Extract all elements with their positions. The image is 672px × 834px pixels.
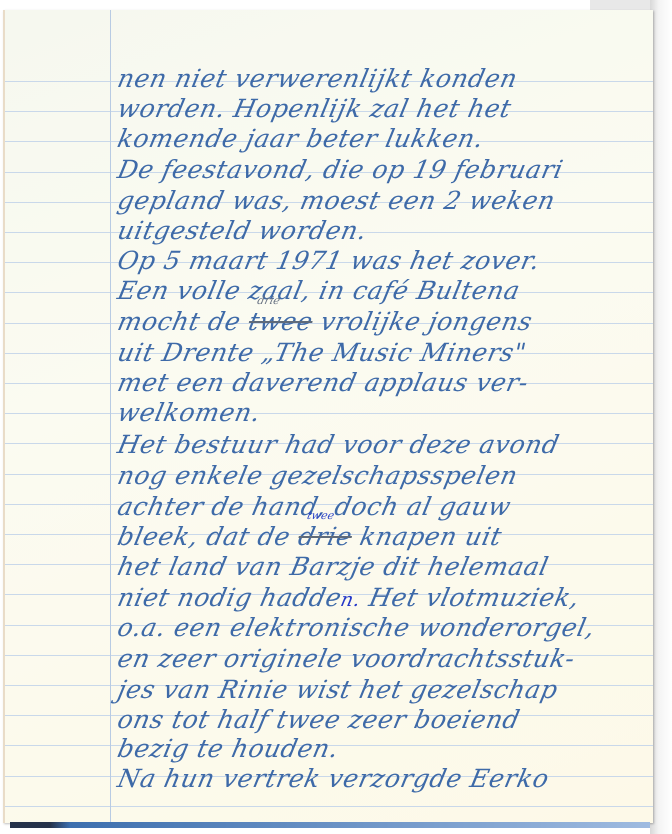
text-line: bezig te houden. xyxy=(115,734,342,763)
text-fragment: mocht de xyxy=(115,307,252,336)
scan-background-edge xyxy=(650,0,672,834)
correction-annotation: twee xyxy=(306,509,336,522)
correction-annotation: drie xyxy=(256,294,281,307)
text-line: en zeer originele voordrachtsstuk- xyxy=(115,644,578,673)
page-bottom-edge xyxy=(10,822,650,828)
text-line: met een daverend applaus ver- xyxy=(115,368,531,397)
text-line: nen niet verwerenlijkt konden xyxy=(115,64,520,93)
text-line: worden. Hopenlijk zal het het xyxy=(115,94,514,123)
text-fragment: vrolijke jongens xyxy=(309,307,535,336)
ruled-line xyxy=(5,413,653,414)
text-fragment: Het vlotmuziek, xyxy=(358,583,582,612)
text-line: jes van Rinie wist het gezelschap xyxy=(115,675,561,704)
text-line: Het bestuur had voor deze avond xyxy=(115,430,562,459)
text-line: uitgesteld worden. xyxy=(115,216,370,245)
text-line: Een volle zaal, in café Bultena xyxy=(115,276,523,305)
text-line: Na hun vertrek verzorgde Eerko xyxy=(115,764,552,793)
text-fragment: bleek, dat de xyxy=(115,522,302,551)
text-line: o.a. een elektronische wonderorgel, xyxy=(115,613,598,642)
text-line-with-correction: bleek, dat de drietwee knapen uit xyxy=(115,522,505,551)
text-line-with-correction: niet nodig hadden. Het vlotmuziek, xyxy=(115,583,582,612)
text-fragment: niet nodig hadde xyxy=(115,583,345,612)
text-line: gepland was, moest een 2 weken xyxy=(115,186,558,215)
text-line-with-correction: mocht de tweedrie vrolijke jongens xyxy=(115,307,535,336)
struck-text: drie xyxy=(296,522,355,551)
text-line: het land van Barzje dit helemaal xyxy=(115,552,551,581)
text-fragment: knapen uit xyxy=(349,522,505,551)
struck-word: tweedrie xyxy=(246,307,316,336)
text-line: welkomen. xyxy=(115,398,264,427)
text-line: De feestavond, die op 19 februari xyxy=(115,155,566,184)
struck-word: drietwee xyxy=(296,522,355,551)
text-line: ons tot half twee zeer boeiend xyxy=(115,705,523,734)
text-line: Op 5 maart 1971 was het zover. xyxy=(115,246,543,275)
margin-line xyxy=(110,10,111,823)
text-line: uit Drente „The Music Miners" xyxy=(115,338,529,367)
text-line: nog enkele gezelschapsspelen xyxy=(115,461,521,490)
notebook-page: nen niet verwerenlijkt konden worden. Ho… xyxy=(3,10,653,823)
struck-text: twee xyxy=(246,307,316,336)
ruled-line xyxy=(5,806,653,807)
text-line: komende jaar beter lukken. xyxy=(115,124,487,153)
